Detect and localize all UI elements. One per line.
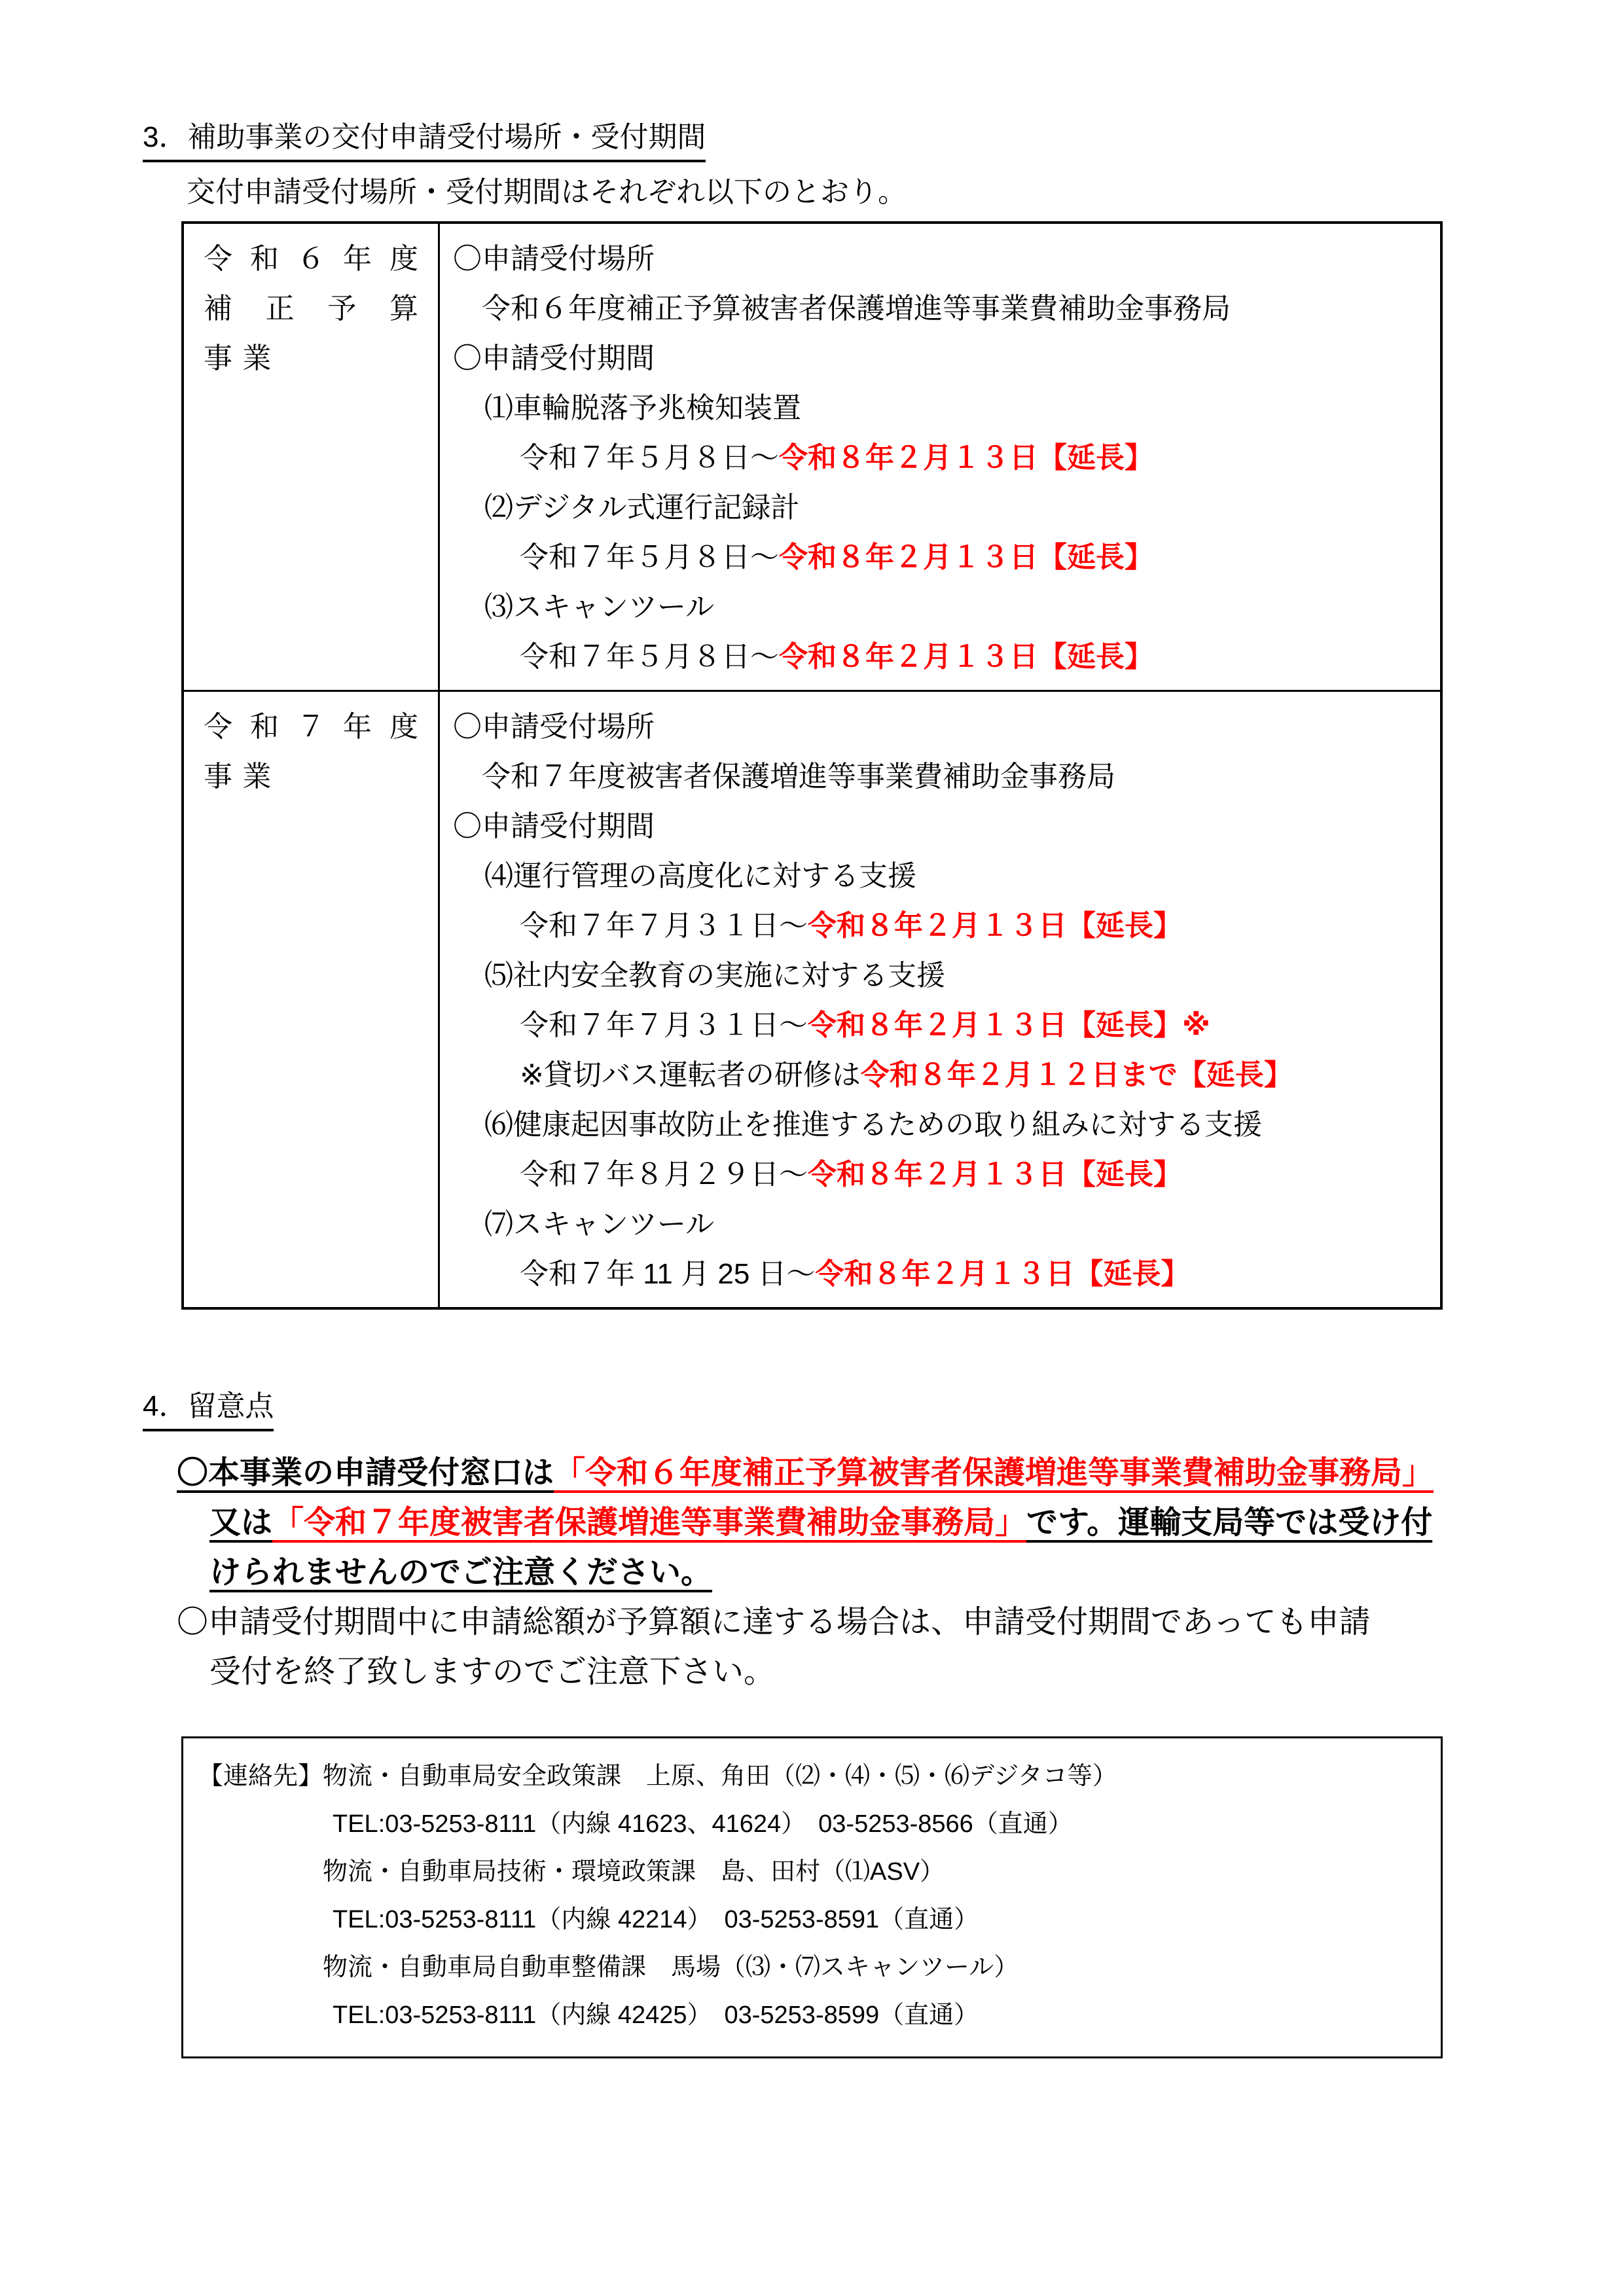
highlight-red-text: 「令和６年度補正予算被害者保護増進等事業費補助金事務局」 (554, 1456, 1434, 1490)
section4-heading: 4．留意点 (143, 1387, 1624, 1431)
section4-heading-text: 4．留意点 (143, 1387, 274, 1431)
highlight-red-text: 令和８年２月１３日【延長】 (816, 1258, 1190, 1290)
document-page: 3．補助事業の交付申請受付場所・受付期間 交付申請受付場所・受付期間はそれぞれ以… (0, 0, 1624, 2296)
text-segment: 〇申請受付期間 (453, 810, 655, 842)
text-segment: ⑵デジタル式運行記録計 (484, 492, 799, 524)
subsidy-schedule-table: 令和６年度補正予算事業 〇申請受付場所令和６年度補正予算被害者保護増進等事業費補… (181, 221, 1443, 1310)
text-segment: ⑶スキャンツール (484, 591, 714, 623)
text-segment: 又は (209, 1505, 272, 1540)
text-line: TEL:03-5253-8111（内線 42425） 03-5253-8599（… (198, 1992, 1428, 2039)
text-segment: 令和６年度補正予算被害者保護増進等事業費補助金事務局 (482, 293, 1231, 325)
text-segment: 令和７年７月３１日～ (520, 910, 808, 942)
text-line: 令和７年５月８日～令和８年２月１３日【延長】 (440, 433, 1440, 483)
text-line: 令和７年７月３１日～令和８年２月１３日【延長】 (440, 901, 1440, 951)
notes-bullet-budget-limit: 〇申請受付期間中に申請総額が予算額に達する場合は、申請受付期間であっても申請受付… (177, 1598, 1624, 1697)
text-line: 〇申請受付期間 (440, 802, 1440, 852)
text-line: 物流・自動車局技術・環境政策課 島、田村（⑴ASV） (198, 1848, 1428, 1896)
row-header-r7: 令和７年度事業 (183, 691, 439, 1309)
text-segment: 令和７年７月３１日～ (520, 1009, 808, 1041)
highlight-red-text: 令和８年２月１３日【延長】 (779, 541, 1153, 573)
text-line: 〇申請受付期間 (440, 334, 1440, 384)
section3-intro: 交付申請受付場所・受付期間はそれぞれ以下のとおり。 (187, 173, 1624, 212)
text-segment: TEL:03-5253-8111（内線 42214） 03-5253-8591（… (333, 1906, 979, 1933)
text-line: ⑷運行管理の高度化に対する支援 (440, 852, 1440, 901)
text-segment: 〇申請受付場所 (453, 711, 655, 743)
text-line: けられませんのでご注意ください。 (177, 1548, 1624, 1598)
text-line: ⑴車輪脱落予兆検知装置 (440, 384, 1440, 433)
text-line: 又は「令和７年度被害者保護増進等事業費補助金事務局」です。運輸支局等では受け付 (177, 1498, 1624, 1548)
text-segment: です。運輸支局等では受け付 (1026, 1505, 1432, 1540)
section4-notes: 〇本事業の申請受付窓口は「令和６年度補正予算被害者保護増進等事業費補助金事務局」… (177, 1448, 1624, 1697)
text-segment: けられませんのでご注意ください。 (209, 1555, 712, 1590)
section3-heading: 3．補助事業の交付申請受付場所・受付期間 (143, 118, 1624, 162)
text-line: 〇申請受付場所 (440, 702, 1440, 752)
text-segment: 物流・自動車局自動車整備課 馬場（⑶・⑺スキャンツール） (323, 1954, 1019, 1981)
text-segment: ⑴車輪脱落予兆検知装置 (484, 392, 801, 424)
text-line: 令和７年７月３１日～令和８年２月１３日【延長】※ (440, 1001, 1440, 1050)
notes-bullet-reception-window: 〇本事業の申請受付窓口は「令和６年度補正予算被害者保護増進等事業費補助金事務局」… (177, 1448, 1624, 1598)
text-line: ⑶スキャンツール (440, 583, 1440, 632)
row-header-line: 事業 (204, 752, 418, 802)
text-segment: ⑹健康起因事故防止を推進するための取り組みに対する支援 (484, 1109, 1262, 1141)
text-line: 物流・自動車局自動車整備課 馬場（⑶・⑺スキャンツール） (198, 1944, 1428, 1992)
text-segment: 令和７年５月８日～ (520, 641, 779, 673)
text-line: ⑸社内安全教育の実施に対する支援 (440, 951, 1440, 1001)
highlight-red-text: 令和８年２月１３日【延長】 (808, 1158, 1182, 1191)
text-line: 令和７年度被害者保護増進等事業費補助金事務局 (440, 752, 1440, 802)
row-content-r6: 〇申請受付場所令和６年度補正予算被害者保護増進等事業費補助金事務局〇申請受付期間… (439, 223, 1442, 691)
row-header-line: 令和６年度 (204, 234, 418, 284)
highlight-red-text: 令和８年２月１２日まで【延長】 (861, 1059, 1293, 1091)
row-header-line: 令和７年度 (204, 702, 418, 752)
text-line: 令和７年５月８日～令和８年２月１３日【延長】 (440, 533, 1440, 583)
text-segment: 〇申請受付期間中に申請総額が予算額に達する場合は、申請受付期間であっても申請 (177, 1605, 1371, 1640)
text-line: TEL:03-5253-8111（内線 42214） 03-5253-8591（… (198, 1896, 1428, 1944)
text-segment: 令和７年 11 月 25 日～ (520, 1258, 816, 1290)
text-segment: 令和７年５月８日～ (520, 442, 779, 474)
text-line: TEL:03-5253-8111（内線 41623、41624） 03-5253… (198, 1801, 1428, 1848)
text-line: ⑵デジタル式運行記録計 (440, 483, 1440, 533)
text-segment: 〇申請受付場所 (453, 243, 655, 275)
text-line: ⑹健康起因事故防止を推進するための取り組みに対する支援 (440, 1100, 1440, 1150)
text-line: 令和７年５月８日～令和８年２月１３日【延長】 (440, 632, 1440, 682)
row-content-r7: 〇申請受付場所令和７年度被害者保護増進等事業費補助金事務局〇申請受付期間⑷運行管… (439, 691, 1442, 1309)
text-line: ⑺スキャンツール (440, 1200, 1440, 1249)
text-segment: 物流・自動車局技術・環境政策課 島、田村（⑴ASV） (323, 1858, 945, 1886)
text-line: 【連絡先】物流・自動車局安全政策課 上原、角田（⑵・⑷・⑸・⑹デジタコ等） (198, 1753, 1428, 1801)
row-header-r6: 令和６年度補正予算事業 (183, 223, 439, 691)
text-segment: 令和７年８月２９日～ (520, 1158, 808, 1191)
row-header-line: 事業 (204, 334, 418, 384)
highlight-red-text: 令和８年２月１３日【延長】※ (808, 1009, 1210, 1041)
text-line: ※貸切バス運転者の研修は令和８年２月１２日まで【延長】 (440, 1050, 1440, 1100)
highlight-red-text: 令和８年２月１３日【延長】 (779, 442, 1153, 474)
row-header-line: 補正予算 (204, 284, 418, 334)
section3-heading-text: 3．補助事業の交付申請受付場所・受付期間 (143, 118, 706, 162)
table-row-r7: 令和７年度事業 〇申請受付場所令和７年度被害者保護増進等事業費補助金事務局〇申請… (183, 691, 1441, 1309)
text-segment: TEL:03-5253-8111（内線 42425） 03-5253-8599（… (333, 2001, 979, 2029)
text-line: 令和７年８月２９日～令和８年２月１３日【延長】 (440, 1150, 1440, 1200)
text-segment: ⑸社内安全教育の実施に対する支援 (484, 960, 945, 992)
text-segment: ※貸切バス運転者の研修は (520, 1059, 861, 1091)
text-segment: 受付を終了致しますのでご注意下さい。 (209, 1655, 775, 1689)
text-line: 〇申請受付期間中に申請総額が予算額に達する場合は、申請受付期間であっても申請 (177, 1598, 1624, 1647)
contact-box: 【連絡先】物流・自動車局安全政策課 上原、角田（⑵・⑷・⑸・⑹デジタコ等）TEL… (181, 1736, 1443, 2058)
highlight-red-text: 「令和７年度被害者保護増進等事業費補助金事務局」 (272, 1505, 1026, 1540)
text-line: 受付を終了致しますのでご注意下さい。 (177, 1647, 1624, 1697)
text-segment: 令和７年５月８日～ (520, 541, 779, 573)
text-segment: 【連絡先】物流・自動車局安全政策課 上原、角田（⑵・⑷・⑸・⑹デジタコ等） (198, 1763, 1117, 1790)
text-segment: TEL:03-5253-8111（内線 41623、41624） 03-5253… (333, 1810, 1073, 1838)
highlight-red-text: 令和８年２月１３日【延長】 (779, 641, 1153, 673)
text-line: 令和７年 11 月 25 日～令和８年２月１３日【延長】 (440, 1249, 1440, 1299)
highlight-red-text: 令和８年２月１３日【延長】 (808, 910, 1182, 942)
text-segment: 〇本事業の申請受付窓口は (177, 1456, 554, 1490)
text-segment: 令和７年度被害者保護増進等事業費補助金事務局 (482, 761, 1115, 793)
table-row-r6-supplementary: 令和６年度補正予算事業 〇申請受付場所令和６年度補正予算被害者保護増進等事業費補… (183, 223, 1441, 691)
text-segment: ⑺スキャンツール (484, 1208, 714, 1240)
text-line: 〇本事業の申請受付窓口は「令和６年度補正予算被害者保護増進等事業費補助金事務局」 (177, 1448, 1624, 1498)
text-segment: 〇申請受付期間 (453, 342, 655, 374)
text-line: 令和６年度補正予算被害者保護増進等事業費補助金事務局 (440, 284, 1440, 334)
text-line: 〇申請受付場所 (440, 234, 1440, 284)
text-segment: ⑷運行管理の高度化に対する支援 (484, 860, 916, 892)
